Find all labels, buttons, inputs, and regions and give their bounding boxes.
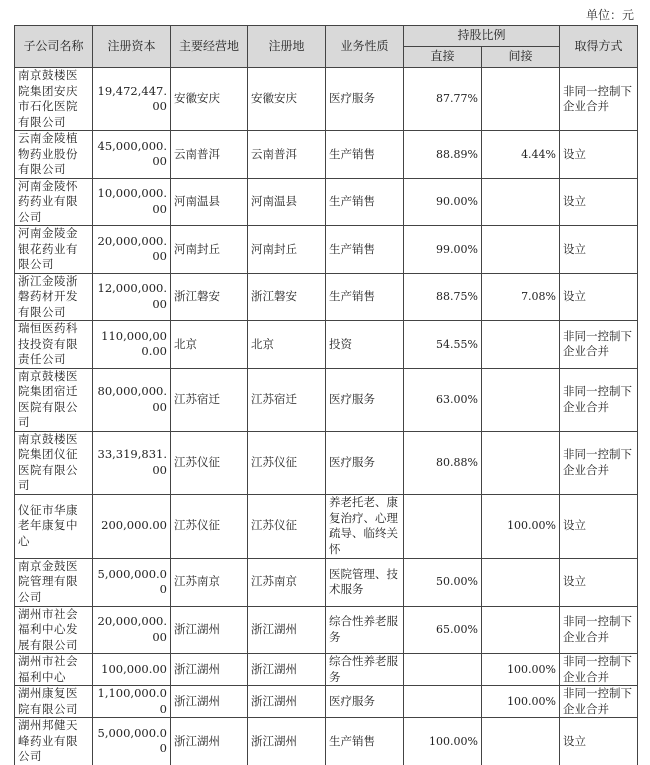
business-nature-cell: 养老托老、康复治疗、心理疏导、临终关怀 [326, 494, 404, 558]
main-place-cell: 江苏宿迁 [171, 368, 248, 431]
registered-capital-cell: 100,000.00 [93, 654, 171, 686]
company-name-cell: 仪征市华康老年康复中心 [15, 494, 93, 558]
indirect-holding-cell: 100.00% [482, 654, 560, 686]
direct-holding-cell: 90.00% [404, 178, 482, 226]
indirect-holding-cell [482, 178, 560, 226]
business-nature-cell: 医疗服务 [326, 431, 404, 494]
company-name-cell: 云南金陵植物药业股份有限公司 [15, 131, 93, 179]
header-business: 业务性质 [326, 26, 404, 68]
registered-capital-cell: 19,472,447.00 [93, 68, 171, 131]
header-capital: 注册资本 [93, 26, 171, 68]
acquisition-method-cell: 设立 [560, 178, 638, 226]
company-name-cell: 湖州康复医院有限公司 [15, 686, 93, 718]
company-name-cell: 河南金陵金银花药业有限公司 [15, 226, 93, 274]
company-name-cell: 南京金鼓医院管理有限公司 [15, 558, 93, 606]
table-row: 湖州市社会福利中心发展有限公司20,000,000.00浙江湖州浙江湖州综合性养… [15, 606, 638, 654]
main-place-cell: 河南温县 [171, 178, 248, 226]
acquisition-method-cell: 设立 [560, 226, 638, 274]
acquisition-method-cell: 非同一控制下企业合并 [560, 368, 638, 431]
registered-place-cell: 北京 [248, 321, 326, 369]
header-reg-place: 注册地 [248, 26, 326, 68]
main-place-cell: 江苏仪征 [171, 494, 248, 558]
acquisition-method-cell: 设立 [560, 131, 638, 179]
registered-capital-cell: 10,000,000.00 [93, 178, 171, 226]
direct-holding-cell: 87.77% [404, 68, 482, 131]
header-main-place: 主要经营地 [171, 26, 248, 68]
main-place-cell: 浙江湖州 [171, 606, 248, 654]
header-direct: 直接 [404, 47, 482, 68]
main-place-cell: 浙江磐安 [171, 273, 248, 321]
business-nature-cell: 投资 [326, 321, 404, 369]
business-nature-cell: 生产销售 [326, 131, 404, 179]
acquisition-method-cell: 设立 [560, 558, 638, 606]
direct-holding-cell: 88.75% [404, 273, 482, 321]
registered-place-cell: 云南普洱 [248, 131, 326, 179]
direct-holding-cell: 88.89% [404, 131, 482, 179]
registered-place-cell: 浙江磐安 [248, 273, 326, 321]
indirect-holding-cell [482, 558, 560, 606]
main-place-cell: 安徽安庆 [171, 68, 248, 131]
registered-place-cell: 浙江湖州 [248, 686, 326, 718]
table-row: 湖州邦健天峰药业有限公司5,000,000.00浙江湖州浙江湖州生产销售100.… [15, 718, 638, 765]
registered-capital-cell: 200,000.00 [93, 494, 171, 558]
company-name-cell: 河南金陵怀药药业有限公司 [15, 178, 93, 226]
subsidiaries-table: 子公司名称 注册资本 主要经营地 注册地 业务性质 持股比例 取得方式 直接 间… [14, 25, 638, 765]
table-row: 河南金陵怀药药业有限公司10,000,000.00河南温县河南温县生产销售90.… [15, 178, 638, 226]
registered-place-cell: 浙江湖州 [248, 654, 326, 686]
registered-place-cell: 浙江湖州 [248, 718, 326, 765]
indirect-holding-cell: 100.00% [482, 494, 560, 558]
direct-holding-cell: 99.00% [404, 226, 482, 274]
indirect-holding-cell: 7.08% [482, 273, 560, 321]
direct-holding-cell: 54.55% [404, 321, 482, 369]
registered-place-cell: 浙江湖州 [248, 606, 326, 654]
table-row: 云南金陵植物药业股份有限公司45,000,000.00云南普洱云南普洱生产销售8… [15, 131, 638, 179]
business-nature-cell: 医疗服务 [326, 68, 404, 131]
company-name-cell: 湖州邦健天峰药业有限公司 [15, 718, 93, 765]
company-name-cell: 湖州市社会福利中心发展有限公司 [15, 606, 93, 654]
business-nature-cell: 生产销售 [326, 226, 404, 274]
registered-capital-cell: 45,000,000.00 [93, 131, 171, 179]
registered-place-cell: 河南温县 [248, 178, 326, 226]
company-name-cell: 南京鼓楼医院集团仪征医院有限公司 [15, 431, 93, 494]
main-place-cell: 浙江湖州 [171, 654, 248, 686]
company-name-cell: 瑞恒医药科技投资有限责任公司 [15, 321, 93, 369]
business-nature-cell: 综合性养老服务 [326, 606, 404, 654]
acquisition-method-cell: 设立 [560, 273, 638, 321]
indirect-holding-cell [482, 226, 560, 274]
table-row: 仪征市华康老年康复中心200,000.00江苏仪征江苏仪征养老托老、康复治疗、心… [15, 494, 638, 558]
main-place-cell: 江苏仪征 [171, 431, 248, 494]
indirect-holding-cell [482, 368, 560, 431]
business-nature-cell: 医疗服务 [326, 368, 404, 431]
registered-capital-cell: 80,000,000.00 [93, 368, 171, 431]
company-name-cell: 南京鼓楼医院集团安庆市石化医院有限公司 [15, 68, 93, 131]
direct-holding-cell [404, 686, 482, 718]
main-place-cell: 浙江湖州 [171, 686, 248, 718]
indirect-holding-cell [482, 431, 560, 494]
registered-capital-cell: 33,319,831.00 [93, 431, 171, 494]
registered-place-cell: 江苏宿迁 [248, 368, 326, 431]
business-nature-cell: 生产销售 [326, 718, 404, 765]
indirect-holding-cell [482, 718, 560, 765]
acquisition-method-cell: 非同一控制下企业合并 [560, 431, 638, 494]
direct-holding-cell [404, 654, 482, 686]
header-name: 子公司名称 [15, 26, 93, 68]
table-row: 南京鼓楼医院集团仪征医院有限公司33,319,831.00江苏仪征江苏仪征医疗服… [15, 431, 638, 494]
table-row: 瑞恒医药科技投资有限责任公司110,000,000.00北京北京投资54.55%… [15, 321, 638, 369]
unit-label: 单位：元 [586, 6, 634, 23]
direct-holding-cell: 65.00% [404, 606, 482, 654]
registered-place-cell: 安徽安庆 [248, 68, 326, 131]
direct-holding-cell: 80.88% [404, 431, 482, 494]
registered-capital-cell: 1,100,000.00 [93, 686, 171, 718]
acquisition-method-cell: 非同一控制下企业合并 [560, 321, 638, 369]
main-place-cell: 北京 [171, 321, 248, 369]
table-row: 湖州市社会福利中心100,000.00浙江湖州浙江湖州综合性养老服务100.00… [15, 654, 638, 686]
acquisition-method-cell: 设立 [560, 494, 638, 558]
registered-place-cell: 江苏仪征 [248, 431, 326, 494]
registered-place-cell: 河南封丘 [248, 226, 326, 274]
header-holding: 持股比例 [404, 26, 560, 47]
registered-capital-cell: 110,000,000.00 [93, 321, 171, 369]
company-name-cell: 浙江金陵浙磐药材开发有限公司 [15, 273, 93, 321]
registered-capital-cell: 12,000,000.00 [93, 273, 171, 321]
registered-capital-cell: 20,000,000.00 [93, 226, 171, 274]
header-indirect: 间接 [482, 47, 560, 68]
direct-holding-cell: 100.00% [404, 718, 482, 765]
company-name-cell: 湖州市社会福利中心 [15, 654, 93, 686]
table-row: 湖州康复医院有限公司1,100,000.00浙江湖州浙江湖州医疗服务100.00… [15, 686, 638, 718]
registered-capital-cell: 5,000,000.00 [93, 718, 171, 765]
acquisition-method-cell: 非同一控制下企业合并 [560, 68, 638, 131]
main-place-cell: 云南普洱 [171, 131, 248, 179]
company-name-cell: 南京鼓楼医院集团宿迁医院有限公司 [15, 368, 93, 431]
registered-place-cell: 江苏南京 [248, 558, 326, 606]
business-nature-cell: 综合性养老服务 [326, 654, 404, 686]
table-row: 南京鼓楼医院集团安庆市石化医院有限公司19,472,447.00安徽安庆安徽安庆… [15, 68, 638, 131]
header-acquisition: 取得方式 [560, 26, 638, 68]
indirect-holding-cell [482, 606, 560, 654]
table-row: 浙江金陵浙磐药材开发有限公司12,000,000.00浙江磐安浙江磐安生产销售8… [15, 273, 638, 321]
registered-capital-cell: 20,000,000.00 [93, 606, 171, 654]
main-place-cell: 浙江湖州 [171, 718, 248, 765]
acquisition-method-cell: 设立 [560, 718, 638, 765]
business-nature-cell: 医院管理、技术服务 [326, 558, 404, 606]
acquisition-method-cell: 非同一控制下企业合并 [560, 654, 638, 686]
indirect-holding-cell: 4.44% [482, 131, 560, 179]
direct-holding-cell [404, 494, 482, 558]
indirect-holding-cell: 100.00% [482, 686, 560, 718]
acquisition-method-cell: 非同一控制下企业合并 [560, 686, 638, 718]
business-nature-cell: 生产销售 [326, 273, 404, 321]
indirect-holding-cell [482, 68, 560, 131]
direct-holding-cell: 50.00% [404, 558, 482, 606]
main-place-cell: 江苏南京 [171, 558, 248, 606]
registered-capital-cell: 5,000,000.00 [93, 558, 171, 606]
direct-holding-cell: 63.00% [404, 368, 482, 431]
table-row: 南京鼓楼医院集团宿迁医院有限公司80,000,000.00江苏宿迁江苏宿迁医疗服… [15, 368, 638, 431]
business-nature-cell: 生产销售 [326, 178, 404, 226]
acquisition-method-cell: 非同一控制下企业合并 [560, 606, 638, 654]
business-nature-cell: 医疗服务 [326, 686, 404, 718]
table-row: 河南金陵金银花药业有限公司20,000,000.00河南封丘河南封丘生产销售99… [15, 226, 638, 274]
table-row: 南京金鼓医院管理有限公司5,000,000.00江苏南京江苏南京医院管理、技术服… [15, 558, 638, 606]
main-place-cell: 河南封丘 [171, 226, 248, 274]
registered-place-cell: 江苏仪征 [248, 494, 326, 558]
indirect-holding-cell [482, 321, 560, 369]
